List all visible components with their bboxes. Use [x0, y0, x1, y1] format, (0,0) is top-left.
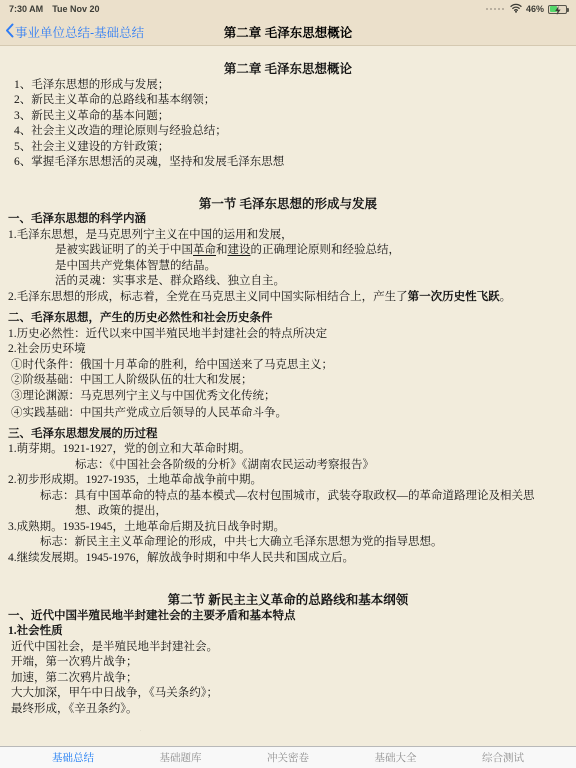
content-line: 1.萌芽期。1921-1927，党的创立和大革命时期。: [8, 442, 576, 458]
tab-item-5[interactable]: 综合测试: [482, 750, 524, 765]
content-line: 标志：《中国社会各阶级的分析》《湖南农民运动考察报告》: [75, 458, 576, 474]
content-line: 一、毛泽东思想的科学内涵: [8, 212, 576, 228]
content-line: 6、掌握毛泽东思想活的灵魂，坚持和发展毛泽东思想: [14, 155, 576, 171]
content-line: 标志：具有中国革命的特点的基本模式—农村包围城市，武装夺取政权—的革命道路理论及…: [40, 489, 576, 505]
content-line: 开端，第一次鸦片战争；: [11, 655, 576, 671]
content-line: 一、近代中国半殖民地半封建社会的主要矛盾和基本特点: [8, 609, 576, 625]
tab-bar: 基础总结基础题库冲关密卷基础大全综合测试: [0, 746, 576, 768]
content-line: 想、政策的提出，: [75, 504, 576, 520]
content-line: ①时代条件：俄国十月革命的胜利，给中国送来了马克思主义；: [11, 358, 576, 374]
content-line: 二、毛泽东思想，产生的历史必然性和社会历史条件: [8, 311, 576, 327]
tab-item-3[interactable]: 冲关密卷: [267, 750, 309, 765]
content-line: 2.毛泽东思想的形成，标志着，全党在马克思主义同中国实际相结合上，产生了第一次历…: [8, 290, 576, 306]
section-title: 第二章 毛泽东思想概论: [0, 62, 576, 78]
battery-charging-icon: [548, 5, 567, 14]
content-line: ④实践基础：中国共产党成立后领导的人民革命斗争。: [11, 406, 576, 422]
content-line: 5、社会主义建设的方针政策；: [14, 140, 576, 156]
content-line: ②阶级基础：中国工人阶级队伍的壮大和发展；: [11, 373, 576, 389]
content-line: 3、新民主义革命的基本问题；: [14, 109, 576, 125]
app-screen: 7:30 AM Tue Nov 20 46%: [0, 0, 576, 768]
content-line: 大大加深，甲午中日战争，《马关条约》；: [11, 686, 576, 702]
content-line: 1.毛泽东思想，是马克思列宁主义在中国的运用和发展，: [8, 228, 576, 244]
content-line: 1.社会性质: [8, 624, 576, 640]
content-line: 三、毛泽东思想发展的历过程: [8, 427, 576, 443]
content-line: 4、社会主义改造的理论原则与经验总结；: [14, 124, 576, 140]
status-right: 46%: [486, 3, 567, 15]
status-time: 7:30 AM: [9, 4, 43, 14]
wifi-icon: [510, 3, 522, 15]
content-line: 标志：新民主主义革命理论的形成，中共七大确立毛泽东思想为党的指导思想。: [40, 535, 576, 551]
charging-bolt-icon: [554, 6, 562, 15]
section-title: 第二节 新民主主义革命的总路线和基本纲领: [0, 593, 576, 609]
tab-item-1[interactable]: 基础总结: [52, 750, 94, 765]
tab-item-2[interactable]: 基础题库: [160, 750, 202, 765]
tab-item-4[interactable]: 基础大全: [375, 750, 417, 765]
content-line: 最终形成，《辛丑条约》。: [11, 702, 576, 718]
content-line: ③理论渊源：马克思列宁主义与中国优秀文化传统；: [11, 389, 576, 405]
nav-bar: 事业单位总结-基础总结 第二章 毛泽东思想概论: [0, 18, 576, 46]
battery-percent: 46%: [526, 4, 544, 14]
content-line: 是被实践证明了的关于中国革命和建设的正确理论原则和经验总结，: [55, 243, 576, 259]
status-bar: 7:30 AM Tue Nov 20 46%: [0, 0, 576, 18]
content-line: 4.继续发展期。1945-1976，解放战争时期和中华人民共和国成立后。: [8, 551, 576, 567]
content-line: 2.社会历史环境: [8, 342, 576, 358]
content-line: 是中国共产党集体智慧的结晶。: [55, 259, 576, 275]
back-button-label: 事业单位总结-基础总结: [15, 23, 144, 41]
content-line: 3.成熟期。1935-1945，土地革命后期及抗日战争时期。: [8, 520, 576, 536]
chevron-left-icon: [5, 23, 14, 41]
content-line: 活的灵魂：实事求是、群众路线、独立自主。: [55, 274, 576, 290]
section-title: 第一节 毛泽东思想的形成与发展: [0, 197, 576, 213]
content-line: 近代中国社会，是半殖民地半封建社会。: [11, 640, 576, 656]
status-date: Tue Nov 20: [52, 4, 99, 14]
content-line: 1、毛泽东思想的形成与发展；: [14, 78, 576, 94]
content-line: 1.历史必然性：近代以来中国半殖民地半封建社会的特点所决定: [8, 327, 576, 343]
notes-document[interactable]: 第二章 毛泽东思想概论1、毛泽东思想的形成与发展；2、新民主义革命的总路线和基本…: [0, 46, 576, 731]
content-line: 加速，第二次鸦片战争；: [11, 671, 576, 687]
back-button[interactable]: 事业单位总结-基础总结: [0, 23, 144, 41]
content-line: 2.初步形成期。1927-1935，土地革命战争前中期。: [8, 473, 576, 489]
status-left: 7:30 AM Tue Nov 20: [9, 4, 100, 14]
signal-dots-icon: [486, 8, 504, 10]
content-line: 2、新民主义革命的总路线和基本纲领；: [14, 93, 576, 109]
